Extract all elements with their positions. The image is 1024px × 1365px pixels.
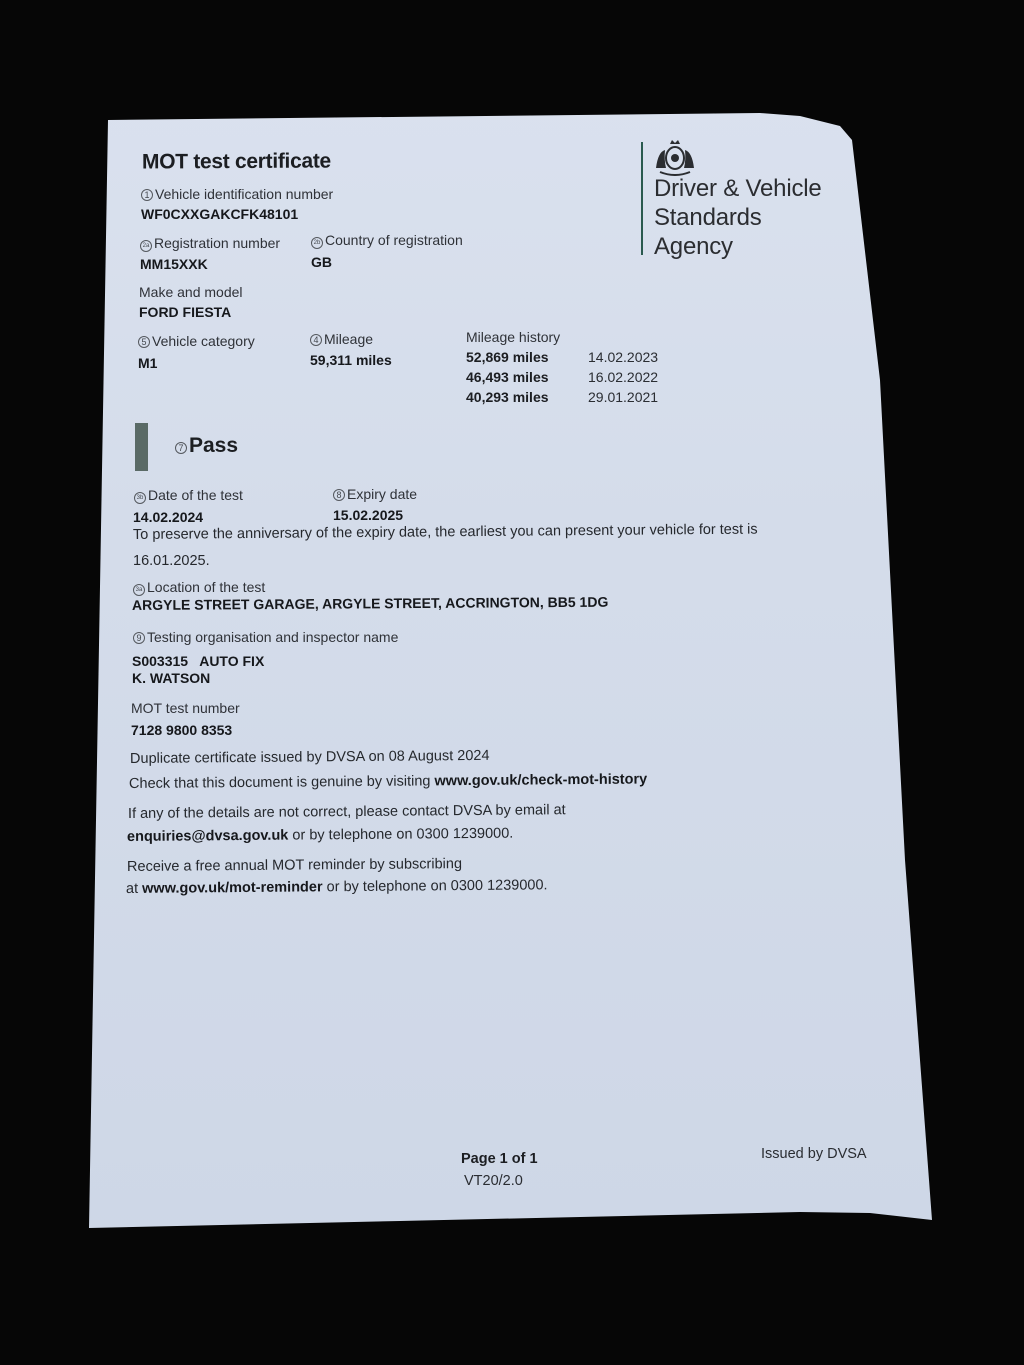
make-model-label: Make and model: [139, 284, 243, 300]
mileage-label: 4Mileage: [310, 331, 373, 347]
mileage-history-row: 40,293 miles29.01.2021: [466, 389, 658, 407]
vin-value: WF0CXXGAKCFK48101: [141, 206, 298, 222]
make-model-value: FORD FIESTA: [139, 304, 231, 320]
royal-coat-of-arms-icon: [652, 138, 698, 176]
field-marker-icon: 9: [133, 632, 145, 644]
field-marker-icon: 2a: [140, 240, 152, 252]
expiry-date-label: 8Expiry date: [333, 486, 417, 502]
country-value: GB: [311, 254, 332, 270]
field-marker-icon: 1: [141, 189, 153, 201]
issued-by: Issued by DVSA: [761, 1146, 867, 1162]
vehicle-category-value: M1: [138, 355, 157, 371]
field-marker-icon: 3a: [133, 584, 145, 596]
inspector-name: K. WATSON: [132, 670, 210, 686]
result-status-bar: [135, 423, 148, 471]
test-date-value: 14.02.2024: [133, 509, 203, 525]
registration-label: 2aRegistration number: [140, 235, 280, 252]
mot-reminder-link[interactable]: www.gov.uk/mot-reminder: [142, 879, 323, 897]
test-number-label: MOT test number: [131, 700, 240, 716]
field-marker-icon: 8: [333, 489, 345, 501]
field-marker-icon: 7: [175, 442, 187, 454]
anniversary-date: 16.01.2025.: [133, 553, 210, 569]
reminder-note-line1: Receive a free annual MOT reminder by su…: [127, 856, 462, 875]
mileage-value: 59,311 miles: [310, 352, 392, 368]
location-label: 3aLocation of the test: [133, 579, 265, 596]
field-marker-icon: 3b: [134, 492, 146, 504]
testing-org-value: S003315 AUTO FIX: [132, 653, 264, 669]
result-status: 7Pass: [175, 434, 238, 458]
test-number-value: 7128 9800 8353: [131, 722, 232, 738]
location-value: ARGYLE STREET GARAGE, ARGYLE STREET, ACC…: [132, 594, 608, 613]
vehicle-category-label: 5Vehicle category: [138, 333, 255, 349]
contact-note-line1: If any of the details are not correct, p…: [128, 802, 566, 822]
test-date-label: 3bDate of the test: [134, 487, 243, 504]
mot-certificate-page: MOT test certificate Driver & Vehicle St…: [0, 0, 1024, 1365]
duplicate-note: Duplicate certificate issued by DVSA on …: [130, 748, 490, 767]
mileage-history-row: 46,493 miles16.02.2022: [466, 369, 658, 387]
reminder-note-line2: at www.gov.uk/mot-reminder or by telepho…: [126, 877, 548, 897]
logo-divider: [641, 142, 643, 255]
country-label: 2bCountry of registration: [311, 232, 463, 249]
testing-org-label: 9Testing organisation and inspector name: [133, 629, 398, 645]
dvsa-email-link[interactable]: enquiries@dvsa.gov.uk: [127, 828, 288, 845]
field-marker-icon: 2b: [311, 237, 323, 249]
mileage-history-row: 52,869 miles14.02.2023: [466, 349, 658, 367]
mileage-history-label: Mileage history: [466, 329, 560, 345]
registration-value: MM15XXK: [140, 256, 208, 272]
field-marker-icon: 5: [138, 336, 150, 348]
contact-note-line2: enquiries@dvsa.gov.uk or by telephone on…: [127, 826, 513, 845]
dvsa-logo-text: Driver & Vehicle Standards Agency: [654, 174, 822, 261]
photo-background: MOT test certificate Driver & Vehicle St…: [0, 0, 1024, 1365]
field-marker-icon: 4: [310, 334, 322, 346]
document-title: MOT test certificate: [142, 150, 331, 175]
expiry-date-value: 15.02.2025: [333, 507, 403, 523]
page-number: Page 1 of 1: [461, 1151, 538, 1167]
vin-label: 1Vehicle identification number: [141, 186, 333, 202]
check-mot-history-link[interactable]: www.gov.uk/check-mot-history: [434, 771, 647, 789]
anniversary-note: To preserve the anniversary of the expir…: [133, 522, 758, 543]
check-genuine-note: Check that this document is genuine by v…: [129, 771, 647, 792]
form-code: VT20/2.0: [464, 1173, 523, 1189]
